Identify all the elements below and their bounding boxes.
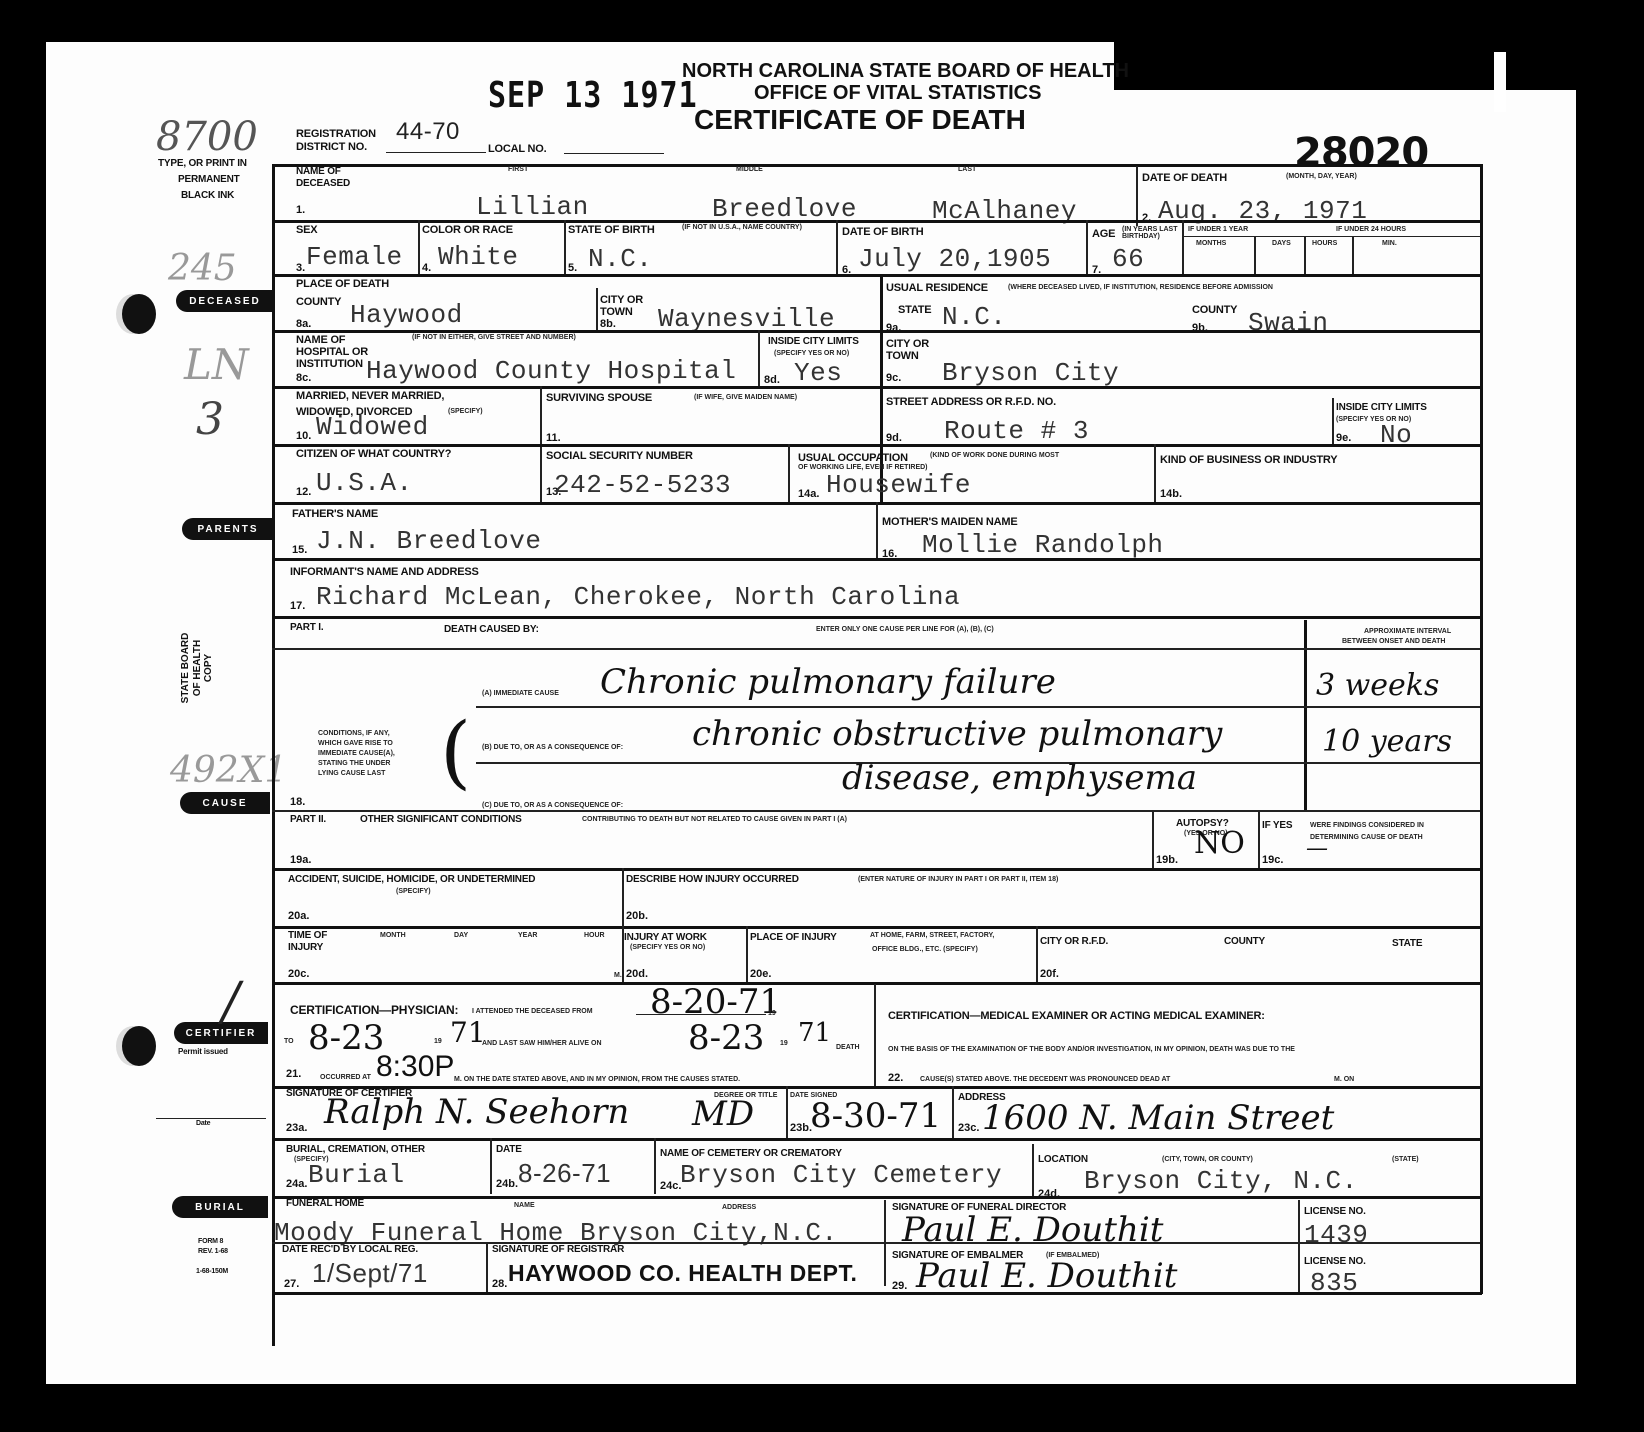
director-signature: Paul E. Douthit [902,1210,1163,1250]
item-4: 4. [422,262,431,274]
top-right-black-bar [1114,40,1584,90]
cemetery: Bryson City Cemetery [680,1160,1002,1190]
state-of-birth-hint: (IF NOT IN U.S.A., NAME COUNTRY) [682,224,802,231]
spouse-label: SURVIVING SPOUSE [546,392,652,404]
res-inside-city-label: INSIDE CITY LIMITS [1336,402,1427,413]
first-name: Lillian [476,192,589,222]
date-received: 1/Sept/71 [312,1258,428,1289]
death-caused-by-label: DEATH CAUSED BY: [444,624,539,635]
findings-value: — [1306,836,1328,861]
embalmer-license-label: LICENSE NO. [1304,1256,1366,1267]
last-saw-date: 8-23 [688,1018,764,1058]
occurred-time: 8:30P [376,1050,454,1084]
item-20c: 20c. [288,968,309,980]
divider [1152,812,1154,868]
pod-city-label-2: TOWN [600,306,633,318]
time-of-injury-label-2: INJURY [288,942,323,953]
item-14b: 14b. [1160,488,1182,500]
hospital-hint: (IF NOT IN EITHER, GIVE STREET AND NUMBE… [412,334,576,341]
date-of-birth: July 20,1905 [858,244,1051,274]
name-of-deceased-label-1: NAME OF [296,166,341,177]
me-text-2: CAUSE(S) STATED ABOVE. THE DECEDENT WAS … [920,1076,1170,1083]
divider [1154,444,1156,502]
row-line [272,982,1482,985]
first-label: FIRST [508,166,528,173]
right-edge-black-bar [1494,52,1506,112]
spouse-hint: (IF WIFE, GIVE MAIDEN NAME) [694,394,797,401]
row-line [272,1196,1482,1199]
cemetery-label: NAME OF CEMETERY OR CREMATORY [660,1148,842,1159]
row-line [272,274,1482,277]
divider [1136,166,1138,226]
item-20b: 20b. [626,910,648,922]
me-cert-label: CERTIFICATION—MEDICAL EXAMINER OR ACTING… [888,1010,1265,1022]
fh-name-label: NAME [514,1202,535,1209]
divider [874,984,876,1088]
disposition-label: BURIAL, CREMATION, OTHER [286,1144,425,1155]
state-copy-line-1: STATE BOARD [180,618,192,718]
margin-note-492: 492X1 [170,750,287,791]
res-state: N.C. [942,302,1006,332]
attended-to: 8-23 [308,1018,384,1058]
hospital-label-1: NAME OF [296,334,345,346]
registration-label-2: DISTRICT NO. [296,141,367,153]
row-line [272,1138,1482,1141]
director-license-label: LICENSE NO. [1304,1206,1366,1217]
divider [486,1242,488,1292]
other-conditions-label: OTHER SIGNIFICANT CONDITIONS [360,814,522,825]
state-copy-line-2: OF HEALTH [192,618,204,718]
certifier-address: 1600 N. Main Street [982,1098,1334,1138]
location-label: LOCATION [1038,1154,1088,1165]
race-value: White [438,242,519,272]
received-date-stamp: SEP 13 1971 [488,75,698,117]
divider [876,502,878,558]
degree-value: MD [692,1094,754,1134]
res-state-label: STATE [898,304,931,316]
agency-line-2: OFFICE OF VITAL STATISTICS [754,82,1041,105]
cause-a-label: (a) IMMEDIATE CAUSE [482,690,559,697]
m-label: M. [614,972,622,979]
cause-b-value-line1: chronic obstructive pulmonary [692,714,1222,754]
pod-county-label: COUNTY [296,296,341,308]
item-22: 22. [888,1072,903,1084]
age-label: AGE [1092,228,1115,240]
location-hint: (CITY, TOWN, OR COUNTY) [1162,1156,1253,1163]
item-3: 3. [296,262,305,274]
row-line [272,220,1482,223]
margin-instruction-3: BLACK INK [181,190,234,201]
item-27: 27. [284,1278,299,1290]
section-tab-cause: CAUSE [180,792,270,814]
item-14a: 14a. [798,488,819,500]
item-18: 18. [290,796,305,808]
state-of-birth: N.C. [588,244,652,274]
cause-c-label: (c) DUE TO, OR AS A CONSEQUENCE OF: [482,802,623,809]
conditions-label-4: STATING THE UNDER [318,760,390,767]
row-line [272,868,1482,871]
divider [1304,236,1306,276]
divider [758,330,760,386]
physician-cert-label: CERTIFICATION—PHYSICIAN: [290,1004,458,1017]
row-line [272,558,1482,561]
punch-hole-top [122,294,156,334]
section-tab-burial: BURIAL [172,1196,268,1218]
death-label: DEATH [836,1044,860,1051]
usual-residence-label: USUAL RESIDENCE [886,282,988,294]
min-label: MIN. [1382,240,1397,247]
death-certificate: SEP 13 1971 NORTH CAROLINA STATE BOARD O… [46,42,1576,1384]
pod-county: Haywood [350,300,463,330]
father-label: FATHER'S NAME [292,508,378,520]
divider [788,444,790,502]
conditions-label-5: LYING CAUSE LAST [318,770,385,777]
item-29: 29. [892,1280,907,1292]
res-street: Route # 3 [944,416,1089,446]
nineteen-1: 19 [768,1010,776,1017]
at-work-hint: (SPECIFY YES OR NO) [630,944,705,951]
item-19b: 19b. [1156,854,1178,866]
permit-issued-label: Permit issued [178,1048,228,1057]
section-tab-deceased: DECEASED [176,290,274,312]
place-of-death-label: PLACE OF DEATH [296,278,389,290]
local-no-label: LOCAL NO. [488,143,547,155]
district-underline [386,152,486,153]
punch-hole-bottom [122,1026,156,1066]
registration-district-no: 44-70 [396,118,460,146]
date-of-death-hint: (MONTH, DAY, YEAR) [1286,173,1357,180]
attended-label: I ATTENDED THE DECEASED FROM [472,1008,593,1015]
pod-inside-city: Yes [794,358,842,388]
attended-to-year: 71 [450,1016,486,1049]
form-right-border [1480,164,1483,1294]
hour-label: HOUR [584,932,605,939]
mother-name: Mollie Randolph [922,530,1164,560]
form-bottom-border [272,1292,1482,1295]
me-text: ON THE BASIS OF THE EXAMINATION OF THE B… [888,1046,1295,1053]
item-9d: 9d. [886,432,902,444]
state-board-copy-label: STATE BOARD OF HEALTH COPY [180,618,215,718]
attended-from: 8-20-71 [650,982,781,1022]
occurred-label: OCCURRED AT [320,1074,371,1081]
disposition: Burial [308,1160,405,1190]
if-yes-label: IF YES [1262,820,1292,831]
local-no-underline [564,153,664,154]
divider [1254,236,1256,276]
pod-inside-city-label: INSIDE CITY LIMITS [768,336,859,347]
me-m-on: M. ON [1334,1076,1354,1083]
place-of-injury-hint-2: OFFICE BLDG., ETC. (SPECIFY) [872,946,978,953]
nineteen-2: 19 [434,1038,442,1045]
funeral-home-label: FUNERAL HOME [286,1198,364,1209]
date-of-birth-label: DATE OF BIRTH [842,226,924,238]
margin-note-ln: LN [184,340,249,389]
marital-hint: (SPECIFY) [448,408,483,415]
form-number-1: FORM 8 [198,1238,223,1246]
margin-instruction-2: PERMANENT [178,174,240,185]
row-line [272,1242,1482,1244]
section-tab-certifier: CERTIFIER [174,1022,268,1044]
last-label: LAST [958,166,976,173]
conditions-label-3: IMMEDIATE CAUSE(a), [318,750,395,757]
cause-a-value: Chronic pulmonary failure [600,662,1056,702]
conditions-label-2: WHICH GAVE RISE TO [318,740,393,747]
agency-line-1: NORTH CAROLINA STATE BOARD OF HEALTH [682,60,1129,83]
item-8b: 8b. [600,318,616,330]
divider [622,868,624,930]
injury-city-label: CITY OR R.F.D. [1040,936,1108,947]
margin-note-245: 245 [168,248,237,289]
divider [654,1138,656,1194]
registration-label-1: REGISTRATION [296,128,376,140]
item-15: 15. [292,544,307,556]
item-21: 21. [286,1068,301,1080]
form-top-border [272,164,1482,167]
usual-residence-hint: (WHERE DECEASED LIVED, IF INSTITUTION, R… [1008,284,1273,291]
fh-address-label: ADDRESS [722,1204,756,1211]
occupation: Housewife [826,470,971,500]
registrar: HAYWOOD CO. HEALTH DEPT. [508,1260,857,1287]
row-line [272,926,1482,929]
item-20e: 20e. [750,968,771,980]
item-11: 11. [546,432,561,444]
pod-city-label-1: CITY OR [600,294,643,306]
date-label: Date [196,1120,210,1128]
marital-label-1: MARRIED, NEVER MARRIED, [296,390,444,402]
item-1: 1. [296,204,305,216]
describe-injury-hint: (ENTER NATURE OF INJURY IN PART I OR PAR… [858,876,1058,883]
item-24b: 24b. [496,1178,518,1190]
date-line [156,1118,266,1119]
cause-b-value-line2: disease, emphysema [842,758,1197,798]
item-28: 28. [492,1278,507,1290]
part-2-label: PART II. [290,814,326,825]
burial-date-label: DATE [496,1144,522,1155]
divider [564,220,566,276]
citizen-label: CITIZEN OF WHAT COUNTRY? [296,448,451,460]
age-value: 66 [1112,244,1144,274]
certificate-number: 28020 [1294,130,1428,176]
days-label: DAYS [1272,240,1291,247]
row-line [272,386,1482,389]
hospital-label-3: INSTITUTION [296,358,363,370]
brace-icon: ( [440,712,471,792]
pod-inside-city-hint: (SPECIFY YES OR NO) [774,350,849,357]
father-name: J.N. Breedlove [316,526,541,556]
burial-date: 8-26-71 [518,1158,611,1189]
row-line [1182,236,1482,237]
margin-note-tick: / [222,972,240,1032]
item-8c: 8c. [296,372,311,384]
margin-instruction-1: TYPE, OR PRINT IN [158,158,247,169]
divider [1298,1200,1300,1292]
sex-value: Female [306,242,403,272]
place-of-injury-label: PLACE OF INJURY [750,932,837,943]
divider [1258,812,1260,868]
state-of-birth-label: STATE OF BIRTH [568,224,655,236]
injury-county-label: COUNTY [1224,936,1265,947]
to-label: TO [284,1038,294,1045]
part-1-label: PART I. [290,622,323,633]
res-city: Bryson City [942,358,1119,388]
margin-note-3: 3 [196,394,224,445]
certifier-signature: Ralph N. Seehorn [324,1092,629,1132]
res-county: Swain [1248,308,1329,338]
embalmer-signature: Paul E. Douthit [916,1256,1177,1296]
occupation-label: USUAL OCCUPATION [798,452,908,464]
row-line [272,616,1482,619]
date-signed: 8-30-71 [810,1096,941,1136]
injury-state-label: STATE [1392,938,1422,949]
form-number-3: 1-68-150M [196,1268,228,1276]
interval-label-1: APPROXIMATE INTERVAL [1364,628,1451,635]
divider [1332,398,1334,444]
race-label: COLOR OR RACE [422,224,513,236]
occupation-hint-1: (KIND OF WORK DONE DURING MOST [930,452,1059,459]
item-12: 12. [296,486,311,498]
divider [1036,926,1038,982]
form-left-border [272,164,275,1346]
name-of-deceased-label-2: DECEASED [296,178,350,189]
year-label: YEAR [518,932,537,939]
place-of-injury-hint-1: AT HOME, FARM, STREET, FACTORY, [870,932,994,939]
hospital-label-2: HOSPITAL OR [296,346,368,358]
under-1-year-label: IF UNDER 1 YEAR [1188,226,1248,233]
conditions-label-1: CONDITIONS, IF ANY, [318,730,390,737]
informant-label: INFORMANT'S NAME AND ADDRESS [290,566,479,578]
time-of-injury-label-1: TIME OF [288,930,327,941]
row-line [272,1086,1482,1089]
divider [952,1086,954,1138]
cause-instruction: ENTER ONLY ONE CAUSE PER LINE FOR (a), (… [816,626,994,633]
divider [786,1086,788,1138]
divider [1086,220,1088,276]
date-of-death-label: DATE OF DEATH [1142,172,1227,184]
item-9e: 9e. [1336,432,1351,444]
accident-label: ACCIDENT, SUICIDE, HOMICIDE, OR UNDETERM… [288,874,535,885]
street-label: STREET ADDRESS OR R.F.D. No. [886,396,1056,408]
at-work-label: INJURY AT WORK [624,932,707,943]
autopsy-value: NO [1194,826,1245,861]
item-5: 5. [568,262,577,274]
form-number-2: REV. 1-68 [198,1248,228,1256]
day-label: DAY [454,932,468,939]
item-9c: 9c. [886,372,901,384]
findings-label-1: WERE FINDINGS CONSIDERED IN [1310,822,1424,829]
divider [1032,1144,1034,1198]
last-saw-label: AND LAST SAW HIM/HER ALIVE ON [482,1040,602,1047]
res-county-label: COUNTY [1192,304,1237,316]
mother-label: MOTHER'S MAIDEN NAME [882,516,1018,528]
divider [1182,220,1184,276]
divider [490,1138,492,1194]
ssn: 242-52-5233 [554,470,731,500]
cause-b-interval: 10 years [1322,724,1452,759]
month-label: MONTH [380,932,406,939]
row-line [272,330,1482,333]
sex-label: SEX [296,224,317,236]
cause-b-label: (b) DUE TO, OR AS A CONSEQUENCE OF: [482,744,623,751]
accident-hint: (SPECIFY) [396,888,431,895]
item-23c: 23c. [958,1122,979,1134]
item-23a: 23a. [286,1122,307,1134]
item-20f: 20f. [1040,968,1059,980]
middle-label: MIDDLE [736,166,763,173]
item-8d: 8d. [764,374,780,386]
describe-injury-label: DESCRIBE HOW INJURY OCCURRED [626,874,799,885]
item-20d: 20d. [626,968,648,980]
under-24-hours-label: IF UNDER 24 HOURS [1336,226,1406,233]
item-8a: 8a. [296,318,311,330]
nineteen-3: 19 [780,1040,788,1047]
informant: Richard McLean, Cherokee, North Carolina [316,582,960,612]
row-line [272,444,1482,447]
document-title: CERTIFICATE OF DEATH [694,104,1026,136]
marital-status: Widowed [316,412,429,442]
margin-note-8700: 8700 [156,114,258,160]
location-state-label: (STATE) [1392,1156,1419,1163]
date-recd-label: DATE REC'D BY LOCAL REG. [282,1244,418,1255]
item-24c: 24c. [660,1180,681,1192]
registrar-label: SIGNATURE OF REGISTRAR [492,1244,624,1255]
director-license: 1439 [1304,1220,1368,1250]
item-23b: 23b. [790,1122,812,1134]
item-17: 17. [290,600,305,612]
item-24a: 24a. [286,1178,307,1190]
item-19c: 19c. [1262,854,1283,866]
months-label: MONTHS [1196,240,1226,247]
opinion-label: M. ON THE DATE STATED ABOVE, AND IN MY O… [454,1076,740,1083]
citizenship: U.S.A. [316,468,413,498]
cause-a-interval: 3 weeks [1316,668,1439,703]
burial-location: Bryson City, N.C. [1084,1166,1358,1196]
divider [836,220,838,276]
divider [746,926,748,982]
res-city-label-1: CITY OR [886,338,929,350]
row-line [272,648,1482,650]
divider [418,220,420,276]
row-line [476,706,1482,708]
business-label: KIND OF BUSINESS OR INDUSTRY [1160,454,1337,466]
state-copy-line-3: COPY [203,618,215,718]
underline [636,1014,766,1015]
res-city-label-2: TOWN [886,350,919,362]
hospital-name: Haywood County Hospital [366,356,736,386]
other-conditions-hint: CONTRIBUTING TO DEATH BUT NOT RELATED TO… [582,816,847,823]
divider [596,288,598,332]
divider [1352,236,1354,276]
section-tab-parents: PARENTS [182,518,274,540]
item-20a: 20a. [288,910,309,922]
row-line [272,810,1482,812]
item-19a: 19a. [290,854,311,866]
ssn-label: SOCIAL SECURITY NUMBER [546,450,693,462]
item-10: 10. [296,430,311,442]
hours-label: HOURS [1312,240,1337,247]
interval-label-2: BETWEEN ONSET AND DEATH [1342,638,1445,645]
last-saw-year: 71 [798,1018,831,1048]
